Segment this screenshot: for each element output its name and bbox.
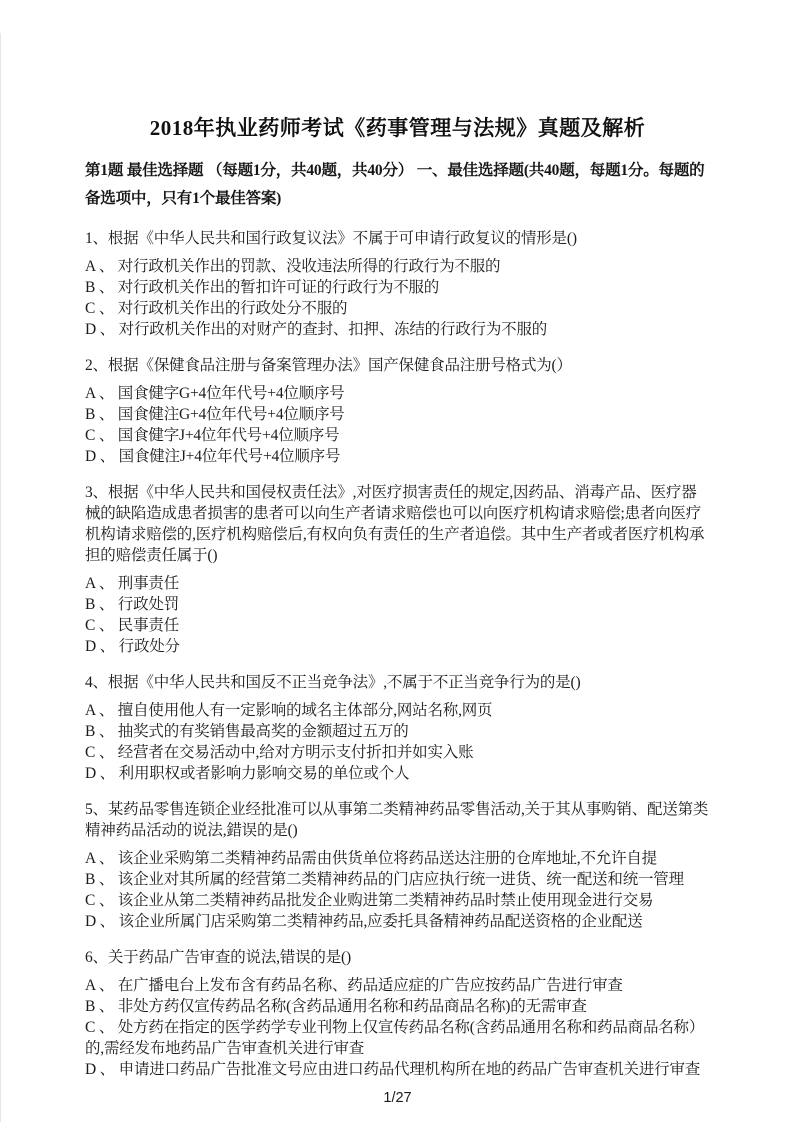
question-4-option-c: C 、 经营者在交易活动中,给对方明示支付折扣并如实入账 (85, 742, 710, 763)
question-2-option-b: B 、 国食健注G+4位年代号+4位顺序号 (85, 404, 710, 425)
question-6-option-c: C 、 处方药在指定的医学药学专业刊物上仅宣传药品名称(含药品通用名称和药品商品… (85, 1017, 710, 1059)
page-edge-divider (0, 33, 1, 1122)
question-1-option-a: A 、 对行政机关作出的罚款、没收违法所得的行政行为不服的 (85, 256, 710, 277)
question-3-option-c: C 、 民事责任 (85, 615, 710, 636)
section-intro: 第1题 最佳选择题 （每题1分，共40题，共40分） 一、最佳选择题(共40题，… (85, 157, 710, 213)
question-1-option-b: B 、 对行政机关作出的暂扣许可证的行政行为不服的 (85, 277, 710, 298)
question-2: 2、根据《保健食品注册与备案管理办法》国产保健食品注册号格式为(） A 、 国食… (85, 355, 710, 467)
question-3-option-d: D 、 行政处分 (85, 636, 710, 657)
question-6-stem: 6、关于药品广告审查的说法,错误的是() (85, 947, 710, 968)
question-4-stem: 4、根据《中华人民共和国反不正当竞争法》,不属于不正当竞争行为的是() (85, 672, 710, 693)
question-2-option-d: D 、 国食健注J+4位年代号+4位顺序号 (85, 446, 710, 467)
question-3: 3、根据《中华人民共和国侵权责任法》,对医疗损害责任的规定,因药品、消毒产品、医… (85, 482, 710, 657)
question-6-option-b: B 、 非处方药仅宣传药品名称(含药品通用名称和药品商品名称)的无需审查 (85, 996, 710, 1017)
question-3-option-a: A 、 刑事责任 (85, 573, 710, 594)
question-1-option-d: D 、 对行政机关作出的对财产的查封、扣押、冻结的行政行为不服的 (85, 319, 710, 340)
question-5-stem: 5、某药品零售连锁企业经批准可以从事第二类精神药品零售活动,关于其从事购销、配送… (85, 799, 710, 841)
question-2-option-c: C 、 国食健字J+4位年代号+4位顺序号 (85, 425, 710, 446)
question-5-option-c: C 、 该企业从第二类精神药品批发企业购进第二类精神药品时禁止使用现金进行交易 (85, 890, 710, 911)
question-5: 5、某药品零售连锁企业经批准可以从事第二类精神药品零售活动,关于其从事购销、配送… (85, 799, 710, 932)
page-title: 2018年执业药师考试《药事管理与法规》真题及解析 (85, 0, 710, 142)
question-6-option-d: D 、 申请进口药品广告批准文号应由进口药品代理机构所在地的药品广告审查机关进行… (85, 1059, 710, 1080)
question-5-option-b: B 、 该企业对其所属的经营第二类精神药品的门店应执行统一进货、统一配送和统一管… (85, 869, 710, 890)
exam-page: 2018年执业药师考试《药事管理与法规》真题及解析 第1题 最佳选择题 （每题1… (0, 0, 793, 1122)
question-5-option-a: A 、 该企业采购第二类精神药品需由供货单位将药品送达注册的仓库地址,不允许自提 (85, 848, 710, 869)
question-4-option-b: B 、 抽奖式的有奖销售最高奖的金额超过五万的 (85, 721, 710, 742)
question-4-option-a: A 、 擅自使用他人有一定影响的域名主体部分,网站名称,网页 (85, 700, 710, 721)
question-6-option-a: A 、 在广播电台上发布含有药品名称、药品适应症的广告应按药品广告进行审查 (85, 975, 710, 996)
question-3-stem: 3、根据《中华人民共和国侵权责任法》,对医疗损害责任的规定,因药品、消毒产品、医… (85, 482, 710, 566)
question-5-option-d: D 、 该企业所属门店采购第二类精神药品,应委托具备精神药品配送资格的企业配送 (85, 911, 710, 932)
document-body: 2018年执业药师考试《药事管理与法规》真题及解析 第1题 最佳选择题 （每题1… (0, 0, 793, 1107)
question-2-stem: 2、根据《保健食品注册与备案管理办法》国产保健食品注册号格式为(） (85, 355, 710, 376)
question-1: 1、根据《中华人民共和国行政复议法》不属于可申请行政复议的情形是() A 、 对… (85, 228, 710, 340)
question-2-option-a: A 、 国食健字G+4位年代号+4位顺序号 (85, 383, 710, 404)
question-4-option-d: D 、 利用职权或者影响力影响交易的单位或个人 (85, 763, 710, 784)
question-6: 6、关于药品广告审查的说法,错误的是() A 、 在广播电台上发布含有药品名称、… (85, 947, 710, 1080)
question-3-option-b: B 、 行政处罚 (85, 594, 710, 615)
page-number: 1/27 (85, 1089, 710, 1107)
question-1-option-c: C 、 对行政机关作出的行政处分不服的 (85, 298, 710, 319)
question-1-stem: 1、根据《中华人民共和国行政复议法》不属于可申请行政复议的情形是() (85, 228, 710, 249)
question-4: 4、根据《中华人民共和国反不正当竞争法》,不属于不正当竞争行为的是() A 、 … (85, 672, 710, 784)
